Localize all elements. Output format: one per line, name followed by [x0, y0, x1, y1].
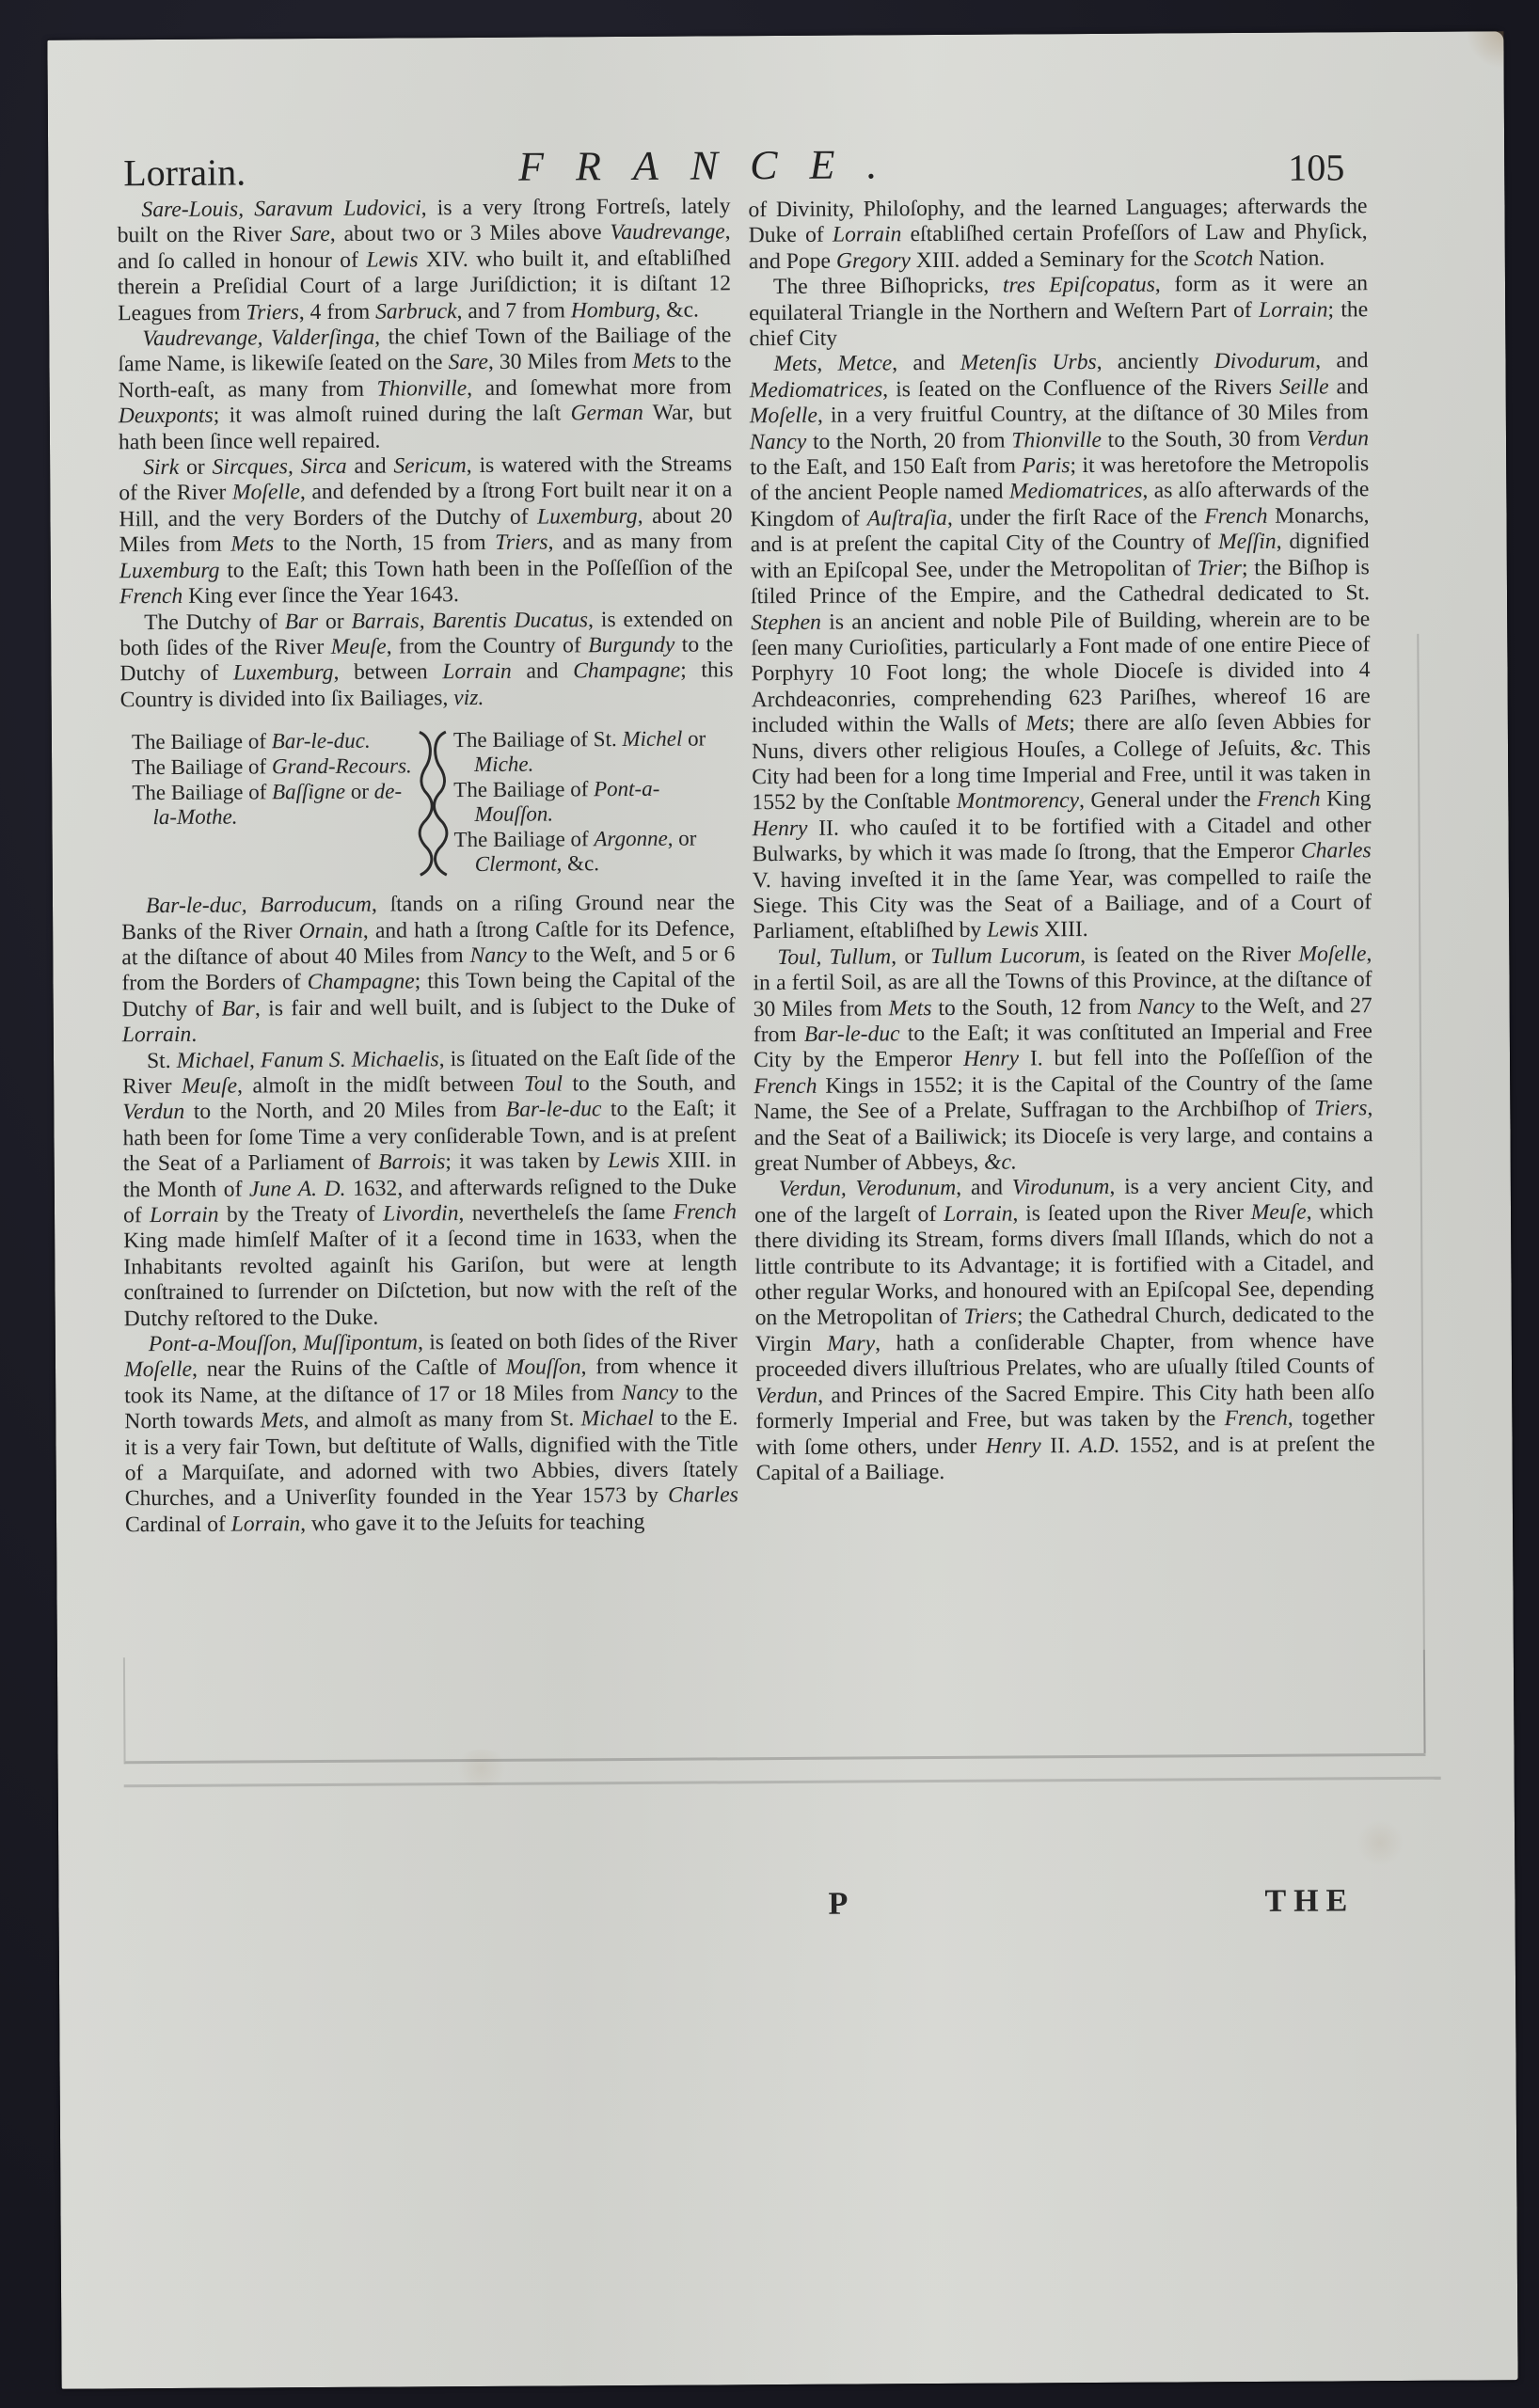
paragraph-sare-louis: Sare-Louis, Saravum Ludovici, is a very … [117, 194, 731, 326]
left-column-paragraphs: Sare-Louis, Saravum Ludovici, is a very … [117, 194, 733, 713]
right-column-paragraphs: of Divinity, Philoſophy, and the learned… [748, 194, 1374, 1486]
bailiage-entry: The Bailiage of Argonne, or Clermont, &c… [454, 826, 735, 877]
signature-mark: P [828, 1887, 848, 1923]
show-through-rule [124, 1777, 1441, 1788]
bailiage-entry: The Bailiage of St. Michel or Miche. [453, 726, 734, 777]
right-column: of Divinity, Philoſophy, and the learned… [748, 194, 1374, 1486]
running-head: Lorrain. [123, 150, 246, 195]
page-number: 105 [1288, 145, 1344, 189]
paragraph-toul: Toul, Tullum, or Tullum Lucorum, is ſeat… [753, 942, 1372, 1178]
paragraph-continuation: of Divinity, Philoſophy, and the learned… [748, 194, 1367, 275]
bailiage-list-left: The Bailiage of Bar-le-duc.The Bailiage … [132, 729, 413, 881]
paragraph-sirk: Sirk or Sircques, Sirca and Sericum, is … [119, 451, 733, 610]
left-column-paragraphs-continued: Bar-le-duc, Barroducum, ſtands on a riſi… [121, 890, 738, 1538]
paragraph-mets: Mets, Metce, and Metenſis Urbs, ancientl… [749, 349, 1372, 945]
show-through-frame-edge [1405, 634, 1425, 1753]
paragraph-st-michael: St. Michael, Fanum S. Michaelis, is ſitu… [122, 1045, 738, 1332]
bailiage-entry: The Bailiage of Bar-le-duc. [132, 729, 412, 755]
bailiage-entry: The Bailiage of Baſſigne or de-la-Mothe. [132, 780, 412, 831]
paper-stain [1357, 1819, 1404, 1866]
bailiage-entry: The Bailiage of Grand-Recours. [132, 754, 412, 781]
double-brace-icon [412, 728, 454, 879]
page-title: FRANCE. [518, 140, 910, 191]
catchword: THE [1264, 1883, 1355, 1920]
paragraph-verdun: Verdun, Verodunum, and Virodunum, is a v… [754, 1174, 1375, 1487]
paragraph-three-bishopricks: The three Biſhopricks, tres Epiſcopatus,… [749, 271, 1368, 352]
bailiage-entry: The Bailiage of Pont-a-Mouſſon. [453, 776, 734, 827]
left-column: Sare-Louis, Saravum Ludovici, is a very … [117, 194, 738, 1538]
bailiage-list: The Bailiage of Bar-le-duc.The Bailiage … [132, 726, 735, 880]
paragraph-bar-le-duc: Bar-le-duc, Barroducum, ſtands on a riſi… [121, 890, 736, 1048]
paragraph-vaudrevange: Vaudrevange, Valderſinga, the chief Town… [118, 323, 732, 455]
show-through-map-frame [123, 1650, 1426, 1764]
page-footer: P THE [58, 1882, 1515, 1928]
paragraph-dutchy-of-bar: The Dutchy of Bar or Barrais, Barentis D… [119, 607, 734, 714]
book-page: Lorrain. FRANCE. 105 Sare-Louis, Saravum… [47, 31, 1517, 2388]
paragraph-pont-a-mousson: Pont-a-Mouſſon, Muſſipontum, is ſeated o… [124, 1328, 738, 1538]
bailiage-list-right: The Bailiage of St. Michel or Miche.The … [453, 726, 735, 879]
